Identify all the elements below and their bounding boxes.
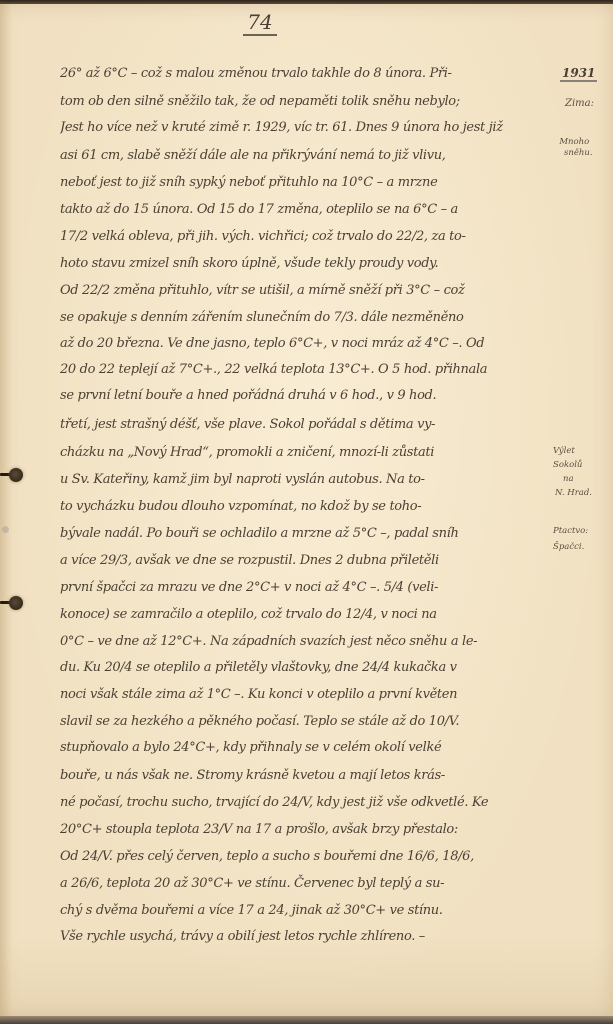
text-line: 20°C+ stoupla teplota 23/V na 17 a prošl… [60, 820, 548, 842]
margin-note-vylet-sokolu: Výlet Sokolů na N. Hrad. [553, 444, 592, 500]
text-line: a více 29/3, avšak ve dne se rozpustil. … [60, 551, 548, 573]
text-line: třetí, jest strašný déšť, vše plave. Sok… [60, 415, 548, 437]
text-line: 0°C – ve dne až 12°C+. Na západních svaz… [60, 632, 548, 654]
margin-note-ptactvo: Ptactvo: Špačci. [553, 523, 588, 555]
text-line: první špačci za mrazu ve dne 2°C+ v noci… [60, 578, 548, 600]
margin-note-line: Mnoho [556, 137, 593, 148]
text-line: bouře, u nás však ne. Stromy krásně kvet… [60, 766, 548, 788]
text-line: Od 24/V. přes celý červen, teplo a sucho… [60, 847, 548, 869]
punch-hole-lower [9, 596, 23, 610]
text-line: slavil se za hezkého a pěkného počasí. T… [60, 712, 548, 734]
text-line: konoce) se zamračilo a oteplilo, což trv… [60, 605, 548, 627]
text-line: Od 22/2 změna přituhlo, vítr se utišil, … [60, 281, 548, 303]
margin-note-line: Zima: [565, 98, 594, 109]
text-line: takto až do 15 února. Od 15 do 17 změna,… [60, 200, 548, 222]
text-line: a 26/6, teplota 20 až 30°C+ ve stínu. Če… [60, 874, 548, 896]
text-line: cházku na „Nový Hrad“, promokli a zničen… [60, 443, 548, 465]
margin-year: 1931 [560, 66, 597, 82]
text-line: u Sv. Kateřiny, kamž jim byl naproti vys… [60, 470, 548, 492]
margin-note-line: N. Hrad. [553, 486, 592, 500]
margin-note-mnoho-snehu: Mnoho sněhu. [556, 137, 593, 159]
text-line: se první letní bouře a hned pořádná druh… [60, 386, 548, 408]
text-line: né počasí, trochu sucho, trvající do 24/… [60, 793, 548, 815]
text-line: 17/2 velká obleva, při jih. vých. vichři… [60, 227, 548, 249]
text-line: až do 20 března. Ve dne jasno, teplo 6°C… [60, 334, 548, 356]
text-line: se opakuje s denním zářením slunečním do… [60, 308, 548, 330]
text-line: du. Ku 20/4 se oteplilo a přiletěly vlaš… [60, 658, 548, 680]
text-line: to vycházku budou dlouho vzpomínat, no k… [60, 497, 548, 519]
text-line: bývale nadál. Po bouři se ochladilo a mr… [60, 524, 548, 546]
scan-bottom-edge [0, 1016, 613, 1024]
text-line: noci však stále zima až 1°C –. Ku konci … [60, 685, 548, 707]
text-line: Jest ho více než v kruté zimě r. 1929, v… [60, 118, 548, 140]
text-line: 20 do 22 teplejí až 7°C+., 22 velká tepl… [60, 360, 548, 382]
text-line: tom ob den silně sněžilo tak, že od nepa… [60, 92, 548, 114]
text-line: asi 61 cm, slabě sněží dále ale na přikr… [60, 146, 548, 168]
margin-note-line: Sokolů [553, 458, 592, 472]
text-line: neboť jest to již sníh sypký neboť přitu… [60, 173, 548, 195]
page-number: 74 [243, 10, 277, 36]
text-line: Vše rychle usychá, trávy a obilí jest le… [60, 927, 548, 949]
text-line: 26° až 6°C – což s malou změnou trvalo t… [60, 64, 548, 86]
margin-note-line: sněhu. [556, 148, 593, 159]
punch-hole-upper [9, 468, 23, 482]
text-line: chý s dvěma bouřemi a více 17 a 24, jina… [60, 901, 548, 923]
margin-note-line: na [553, 472, 592, 486]
margin-note-zima: Zima: [565, 98, 594, 109]
margin-note-line: Výlet [553, 444, 592, 458]
paper-smudge [2, 526, 9, 533]
text-line: hoto stavu zmizel sníh skoro úplně, všud… [60, 254, 548, 276]
chronicle-page: 74 1931 Zima: Mnoho sněhu. Výlet Sokolů … [0, 4, 613, 1018]
text-line: stupňovalo a bylo 24°C+, kdy přihnaly se… [60, 738, 548, 760]
margin-note-line: Ptactvo: [553, 523, 588, 539]
margin-note-line: Špačci. [553, 539, 588, 555]
